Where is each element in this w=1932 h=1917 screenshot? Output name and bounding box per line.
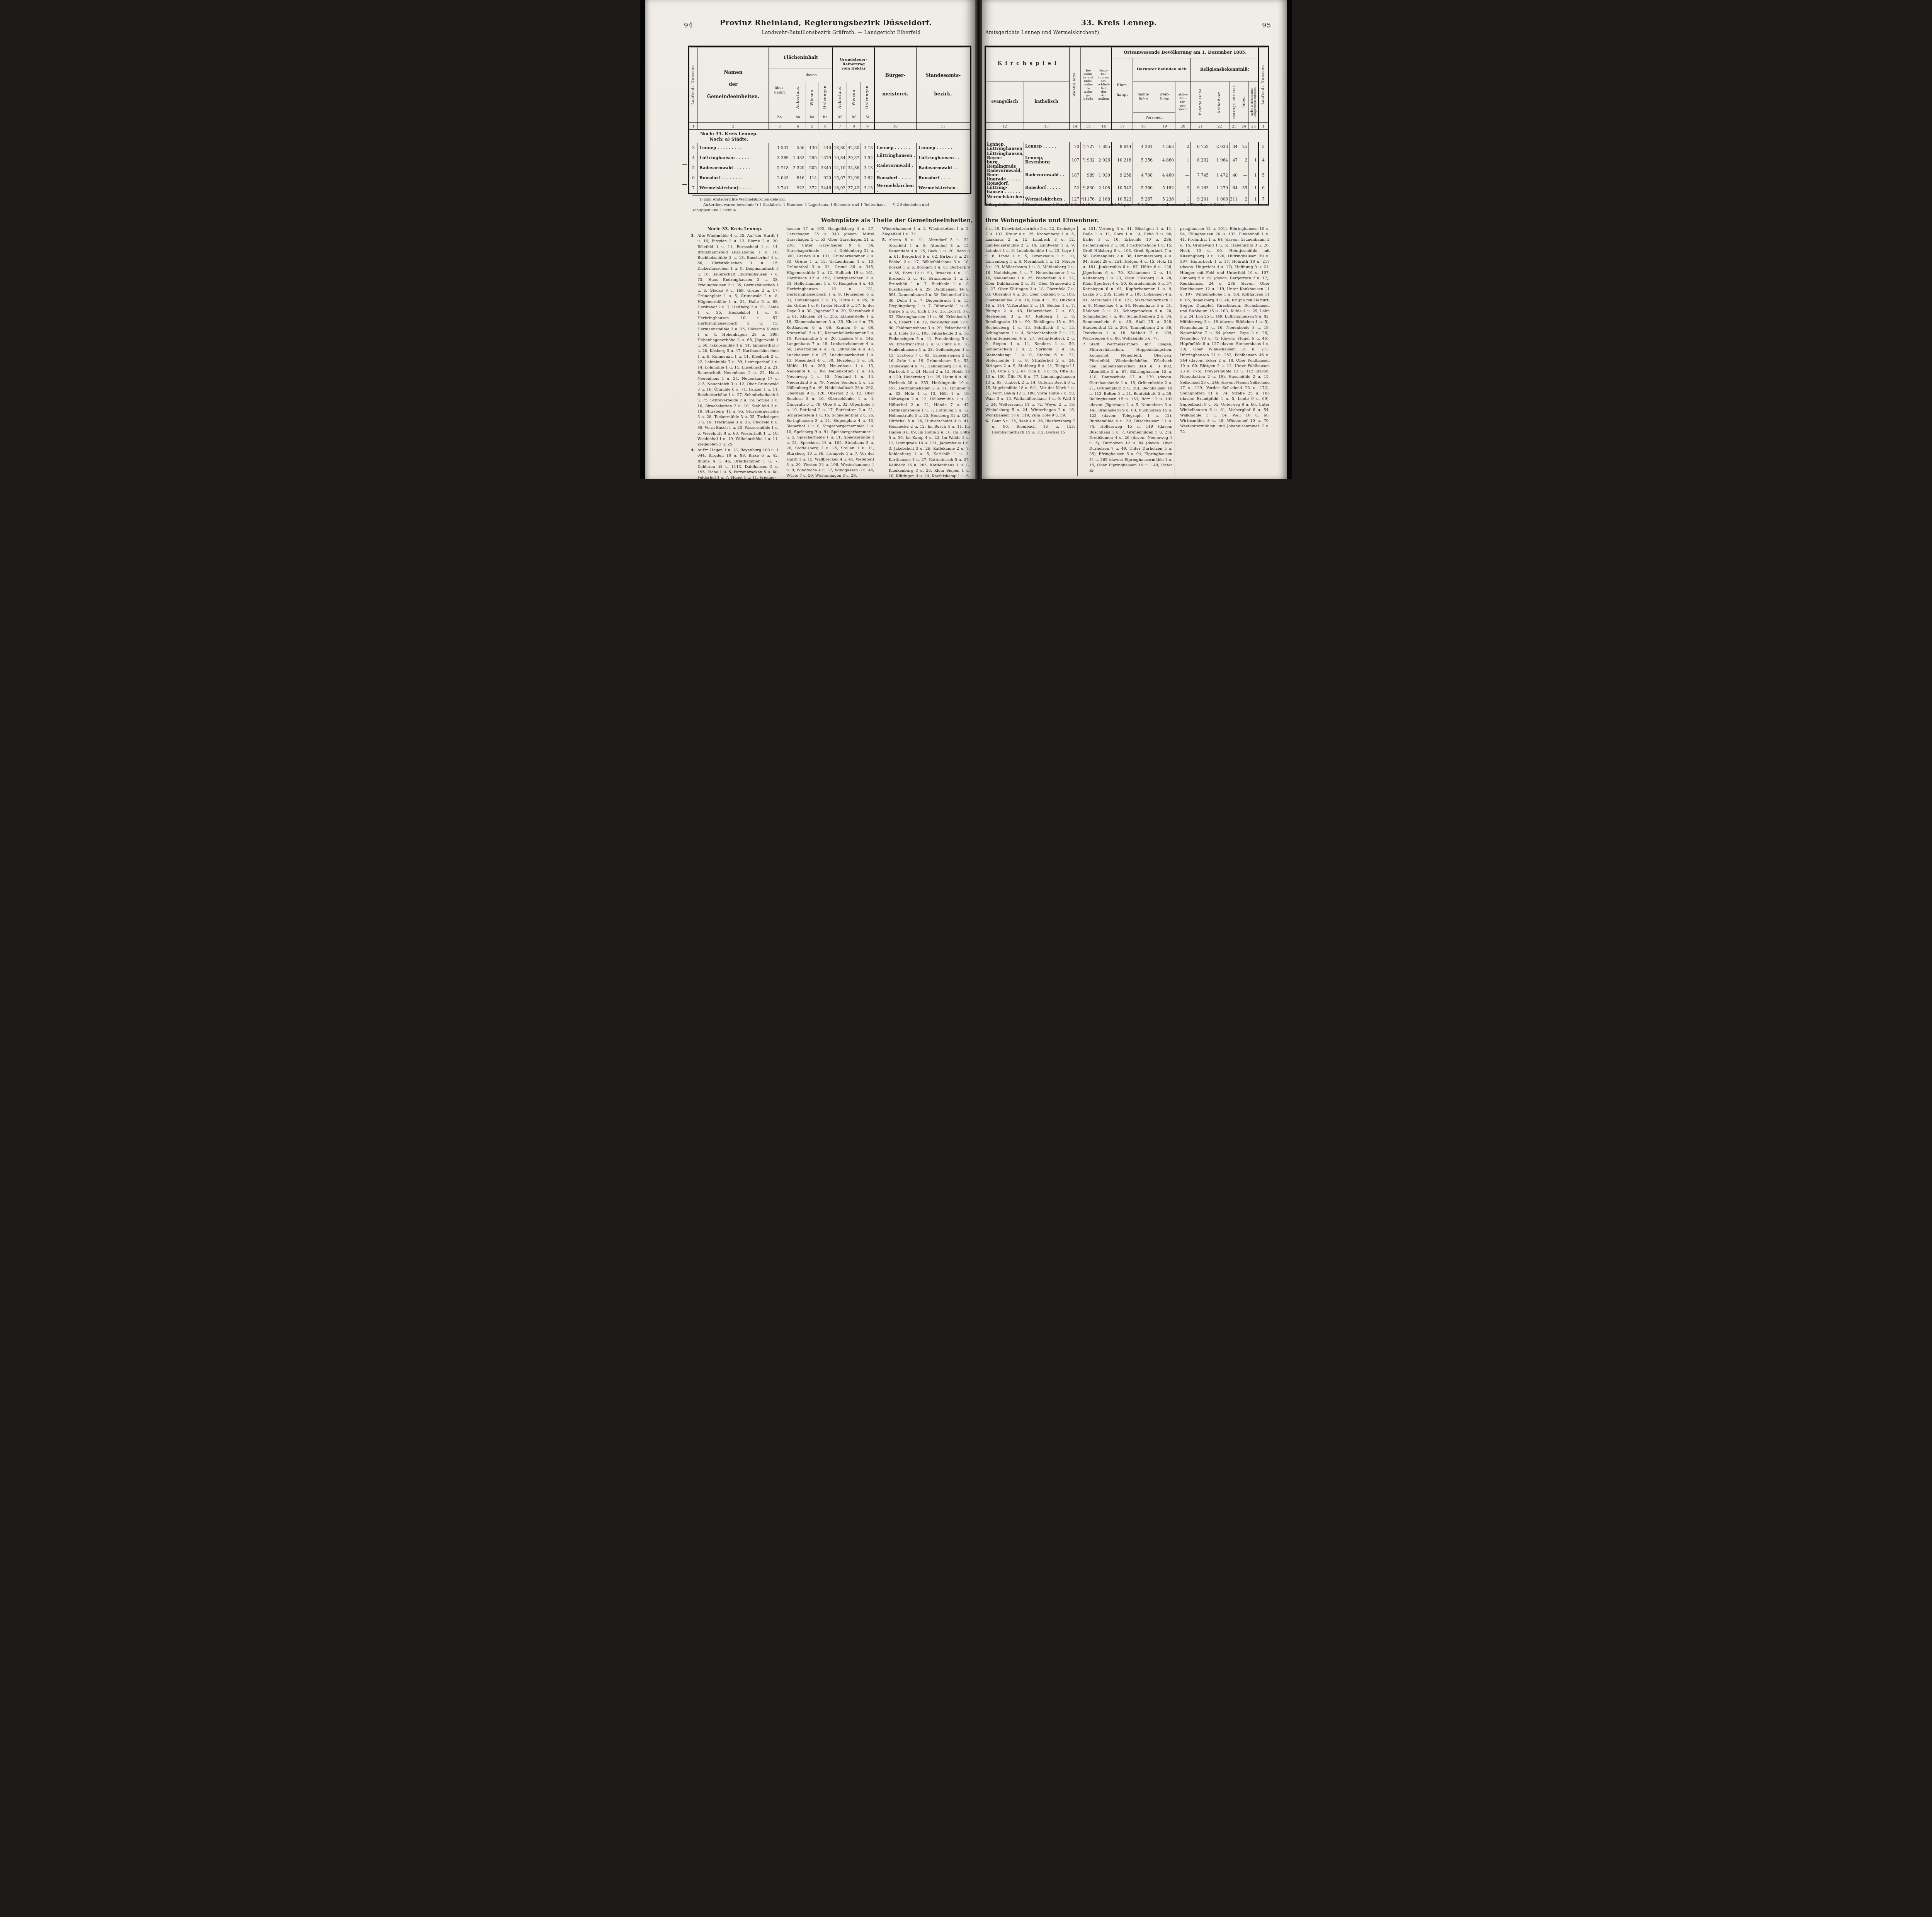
col-buergermeisterei: Bürger- meisterei. xyxy=(874,47,916,122)
cell: 923 xyxy=(790,183,806,193)
cell: 2 xyxy=(1239,152,1248,169)
katholiken-label: Katholiken xyxy=(1218,91,1222,113)
entry-number: 7. xyxy=(1083,342,1087,347)
gazetteer-entry: 7.Stadt Wermelskirchen mit Eisgen, Führe… xyxy=(1083,342,1172,474)
entry-text: Altena 8 u. 41, Altendorf 5 u. 32, Alten… xyxy=(889,238,970,479)
ackerland-label-2: Ackerland xyxy=(838,86,842,109)
col-wiesen-m: Wiesen xyxy=(847,82,861,112)
cell-ln: 3 xyxy=(689,143,697,153)
cell: 2345 xyxy=(818,163,832,173)
cell: 10 216 xyxy=(1111,152,1133,169)
cell: 3 741 xyxy=(769,183,790,193)
cell-name: Radevormwald . . . . . . xyxy=(697,163,769,173)
col-wohngebaeude: Be- wohn- te und unbe- wohn- te Wohn- ge… xyxy=(1080,47,1096,122)
section-heading-left: Wohnplätze als Theile der Gemeindeeinhei… xyxy=(645,217,975,224)
colno: 1 xyxy=(1258,123,1268,129)
cell: 505 xyxy=(806,163,818,173)
gazetteer-entry: hausen 17 u. 193, Gangolfsberg 4 u. 27, … xyxy=(786,226,874,479)
cell: — xyxy=(1175,169,1190,182)
entry-text: Auf'm Hagen 1 u. 18, Beyenburg 108 u. 1 … xyxy=(697,448,779,479)
cell: 52 xyxy=(1069,182,1080,194)
table-row: 7 Wermelskirchen† . . . . . 3 741 923 37… xyxy=(689,183,970,193)
colno: 25 xyxy=(1248,123,1258,129)
gazetteer-entry: pringhausen 12 u. 101), Elbringhausen 10… xyxy=(1180,226,1270,435)
colno: 18 xyxy=(1133,123,1154,129)
cell: 4 281 xyxy=(1133,142,1154,152)
col-maennliche: männ- liche xyxy=(1133,82,1154,112)
cell: Ronsdorf, Lüttring- hausen . . . . . . xyxy=(986,182,1024,194)
evangelische-label: Evangelische xyxy=(1199,88,1203,115)
footnote-left-2: schuppen und 1 Schule. xyxy=(692,208,808,213)
cell: 16,84 xyxy=(832,153,847,163)
cell: 42,30 xyxy=(847,143,861,153)
cell: 7 745 xyxy=(1190,169,1210,182)
unit-ha-1: ha xyxy=(769,112,790,122)
cell: 1 xyxy=(1248,169,1258,182)
statistics-table-right: K i r c h s p i e l evangelisch katholis… xyxy=(985,46,1269,206)
entry-text: hausen 17 u. 193, Gangolfsberg 4 u. 27, … xyxy=(786,227,874,478)
cell: 5 356 xyxy=(1133,152,1154,169)
laufende-nummer-label-2: Laufende Nummer. xyxy=(1261,65,1265,105)
column-numbers-left: 1 2 3 4 5 6 7 8 9 10 11 xyxy=(689,123,970,130)
wiesen-label-2: Wiesen xyxy=(852,90,856,105)
cell: 25 xyxy=(1239,142,1248,152)
cell-ln: 5 xyxy=(689,163,697,173)
cell: 3 389 xyxy=(769,153,790,163)
cell: 1 964 xyxy=(1210,152,1229,169)
cell: 556 xyxy=(790,143,806,153)
table-header-left: Laufende Nummer. Namen der Gemeindeeinhe… xyxy=(689,47,970,123)
col-sonstige-christen: sonstige Christen xyxy=(1229,82,1239,122)
cell: 816 xyxy=(790,173,806,183)
table-row: Lüttringhausen, Beyen- burg, Remlingrade… xyxy=(986,152,1268,169)
cell-ln: 6 xyxy=(1258,182,1268,194)
col-standesamtsbezirk: Standesamts- bezirk. xyxy=(916,47,969,122)
cell: 29,37 xyxy=(847,153,861,163)
text-columns-left: Noch: 33. Kreis Lennep. 3.Alte Windmühle… xyxy=(691,226,970,476)
col-laufende-nummer-2: Laufende Nummer. xyxy=(1258,47,1268,122)
footnote-dagger: †) zum Amtsgerichte Wermelskirchen gehör… xyxy=(699,197,970,202)
cell-name: Lüttringhausen . . . . . xyxy=(697,153,769,163)
cell: 47 xyxy=(1229,152,1239,169)
cell: ¹) 727 xyxy=(1080,142,1096,152)
cell-ln: 4 xyxy=(689,153,697,163)
wohnplaetze-label: Wohnplätze xyxy=(1073,72,1077,97)
book-gutter xyxy=(975,0,982,479)
table-row: Lennep, Lüttringhausen Lennep . . . . . … xyxy=(986,142,1268,152)
cell: 3,13 xyxy=(861,143,874,153)
book-edge-right xyxy=(1287,0,1292,479)
colno: 12 xyxy=(986,123,1024,129)
text-column-4: 3 u. 28, Kräwinkelerbrücke 5 u. 22, Kreb… xyxy=(985,226,1078,476)
cell: 5 360 xyxy=(1133,182,1154,194)
cell: 14,10 xyxy=(832,163,847,173)
colno: 22 xyxy=(1210,123,1229,129)
text-column-6: pringhausen 12 u. 101), Elbringhausen 10… xyxy=(1180,226,1270,476)
colno: 19 xyxy=(1154,123,1175,129)
cell: 1 xyxy=(1248,152,1258,169)
cell-name: Wermelskirchen† . . . . . xyxy=(697,183,769,193)
cell: Wermelskirchen . xyxy=(916,183,969,193)
colno: 15 xyxy=(1080,123,1096,129)
entry-text: Stadt Wermelskirchen mit Eisgen, Führers… xyxy=(1089,342,1172,473)
cell: 4 860 xyxy=(1154,152,1175,169)
entry-text: pringhausen 12 u. 101), Elbringhausen 10… xyxy=(1180,227,1270,434)
colno: 16 xyxy=(1096,123,1111,129)
cell: 295 xyxy=(806,153,818,163)
cell: Wermelskirchen . xyxy=(874,183,916,193)
gazetteer-entry: 4.Auf'm Hagen 1 u. 18, Beyenburg 108 u. … xyxy=(691,448,779,479)
entry-number: 3. xyxy=(691,233,695,239)
col-weibliche: weib- liche xyxy=(1154,82,1175,112)
cell: 1 279 xyxy=(1210,182,1229,194)
col-laufende-nummer: Laufende Nummer. xyxy=(689,47,697,122)
cell: 8 202 xyxy=(1190,152,1210,169)
cell: 4 460 xyxy=(1154,169,1175,182)
cell: 2 026 xyxy=(1096,152,1111,169)
cell: 5 182 xyxy=(1154,182,1175,194)
cell: Lennep, Lüttringhausen xyxy=(986,142,1024,152)
page-subtitle-right: Amtsgerichte Lennep und Wermelskirchen†)… xyxy=(985,29,1101,35)
col-wiesen-ha: Wiesen xyxy=(806,82,818,112)
cell: Ronsdorf . . . . . xyxy=(1024,182,1069,194)
page-title-left: Provinz Rheinland, Regierungsbezirk Düss… xyxy=(661,19,991,27)
col-haushaltungen: Haus- hal- tungen ein- schließ- lich der… xyxy=(1096,47,1111,122)
cell-name: Ronsdorf . . . . . . . . xyxy=(697,173,769,183)
col-holzungen-m: Holzungen xyxy=(861,82,874,112)
cell: 4 798 xyxy=(1133,169,1154,182)
gazetteer-entry: 6.Baur 5 u. 75, Beek 4 u. 36, Blasfertsb… xyxy=(985,419,1075,435)
cell: 1 472 xyxy=(1210,169,1229,182)
cell: Lennep . . . . . xyxy=(1024,142,1069,152)
group-kirchspiel: K i r c h s p i e l xyxy=(986,47,1069,82)
section-heading-right: ihre Wohngebäude und Einwohner. xyxy=(985,217,1099,224)
table-row: 3 Lennep . . . . . . . . . 1 531 556 130… xyxy=(689,143,970,153)
cell: 9 258 xyxy=(1111,169,1133,182)
cell: Ronsdorf . . . . xyxy=(916,173,969,183)
cell: 1 xyxy=(1248,182,1258,194)
statistics-table-left: Laufende Nummer. Namen der Gemeindeeinhe… xyxy=(688,46,971,194)
col-evangelisch: evangelisch xyxy=(986,82,1024,122)
group-note: Noch: 33. Kreis Lennep. Noch: a) Städte. xyxy=(689,130,769,143)
group-flaecheninhalt: Flächeninhalt xyxy=(769,47,832,68)
christen-label: sonstige Christen xyxy=(1232,85,1236,119)
cell: 3,13 xyxy=(861,163,874,173)
gazetteer-entry: u. 151, Verberg 5 u. 41, Büschgen 1 u. 1… xyxy=(1083,226,1172,342)
cell: 3,52 xyxy=(861,153,874,163)
cell: 1 885 xyxy=(1096,142,1111,152)
entry-text: u. 151, Verberg 5 u. 41, Büschgen 1 u. 1… xyxy=(1083,227,1172,341)
text-column-1: Noch: 33. Kreis Lennep. 3.Alte Windmühle… xyxy=(691,226,781,476)
colno: 7 xyxy=(832,123,847,129)
colno: 20 xyxy=(1175,123,1190,129)
cell: Radevormwald . . xyxy=(1024,169,1069,182)
cell: 107 xyxy=(1069,152,1080,169)
col-katholiken: Katholiken xyxy=(1210,82,1229,122)
pen-mark xyxy=(682,184,687,185)
col-ueberhaupt-2: über- haupt xyxy=(1111,58,1133,122)
entry-number: 6. xyxy=(985,419,989,424)
cell: Ronsdorf . . . . . xyxy=(874,173,916,183)
cell: 27,42 xyxy=(847,183,861,193)
entry-text: 3 u. 28, Kräwinkelerbrücke 5 u. 22, Kreb… xyxy=(985,227,1075,418)
cell: 64 xyxy=(1229,182,1239,194)
cell: 2 108 xyxy=(1096,182,1111,194)
cell-ln: 3 xyxy=(1258,142,1268,152)
col-andere: ander. u. unbestimmt. Religionsbekenntni… xyxy=(1248,82,1258,122)
colno: 10 xyxy=(874,123,916,129)
text-column-5: u. 151, Verberg 5 u. 41, Büschgen 1 u. 1… xyxy=(1083,226,1175,476)
cell: 1379 xyxy=(818,153,832,163)
col-ueberhaupt: über- haupt xyxy=(769,68,790,112)
col-ackerland-ha: Ackerland xyxy=(790,82,806,112)
unit-ha-2: ha xyxy=(790,112,806,122)
unit-m-3: M xyxy=(861,112,874,122)
table-row: Ronsdorf, Lüttring- hausen . . . . . . R… xyxy=(986,182,1268,194)
footnote-right: 1 Ziegelhütte. — ³) 2 Eisenhammer, 1 Fab… xyxy=(985,202,1267,208)
gazetteer-entry: 5.Altena 8 u. 41, Altendorf 5 u. 32, Alt… xyxy=(882,238,970,479)
cell: Lennep, Beyenburg xyxy=(1024,152,1069,169)
cell-ln: 7 xyxy=(689,183,697,193)
holzungen-label: Holzungen xyxy=(823,85,828,109)
text-column-3: Wüsterhammer 1 u. 2, Wüsterkotten 1 u. 2… xyxy=(882,226,970,476)
col-namen: Namen der Gemeindeeinheiten. xyxy=(697,47,769,122)
cell: 2 520 xyxy=(790,163,806,173)
personen-label: Personen xyxy=(1133,112,1175,122)
cell: 3,13 xyxy=(861,183,874,193)
text-column-2: hausen 17 u. 193, Gangolfsberg 4 u. 27, … xyxy=(786,226,877,476)
cell: Lennep . . . . . . xyxy=(916,143,969,153)
wiesen-label: Wiesen xyxy=(810,90,815,105)
page-title-right: 33. Kreis Lennep. xyxy=(967,19,1271,27)
cell: 70 xyxy=(1069,142,1080,152)
cell: 18,02 xyxy=(832,183,847,193)
gazetteer-entry: Wüsterhammer 1 u. 2, Wüsterkotten 1 u. 2… xyxy=(882,226,970,237)
cell: 187 xyxy=(1069,169,1080,182)
cell: 5 718 xyxy=(769,163,790,173)
table-row: Radevormwald, Rem- lingrade . . . . . Ra… xyxy=(986,169,1268,182)
column-numbers-right: 12 13 14 15 16 17 18 19 20 21 22 23 24 2… xyxy=(986,123,1268,130)
cell: Radevormwald, Rem- lingrade . . . . . xyxy=(986,169,1024,182)
cell: ³) 830 xyxy=(1080,182,1096,194)
entry-text: Alte Windmühle 4 u. 25, Auf der Hardt 1 … xyxy=(697,234,779,447)
unit-m-1: M xyxy=(832,112,847,122)
group-davon: davon xyxy=(790,68,832,82)
cell: 1 xyxy=(1175,152,1190,169)
row-spacer xyxy=(986,130,1268,142)
colno: 11 xyxy=(916,123,969,129)
unit-m-2: M xyxy=(847,112,861,122)
cell: 130 xyxy=(806,143,818,153)
laufende-nummer-label: Laufende Nummer. xyxy=(691,65,696,105)
juden-label: Juden xyxy=(1242,96,1246,108)
cell: 372 xyxy=(806,183,818,193)
cell: 4 563 xyxy=(1154,142,1175,152)
cell: 35 xyxy=(1239,182,1248,194)
book-edge-left xyxy=(640,0,645,479)
cell: — xyxy=(1248,142,1258,152)
cell: 32,90 xyxy=(847,173,861,183)
cell: 3,92 xyxy=(861,173,874,183)
col-militaer: aktive Mili- tär- per- sonen xyxy=(1175,82,1190,122)
col-katholisch: katholisch xyxy=(1024,82,1069,122)
column-continuation-header: Noch: 33. Kreis Lennep. xyxy=(691,226,779,232)
cell: 1 433 xyxy=(790,153,806,163)
cell: Lüttringhausen . . xyxy=(916,153,969,163)
footnote-left: Außerdem waren bewohnt: ¹) 1 Gasfabrik, … xyxy=(703,202,971,208)
table-row: 6 Ronsdorf . . . . . . . . 2 043 816 114… xyxy=(689,173,970,183)
cell: 34 xyxy=(1229,142,1239,152)
cell: 1 930 xyxy=(1096,169,1111,182)
cell: 34,86 xyxy=(847,163,861,173)
col-evangelische: Evangelische xyxy=(1190,82,1210,122)
colno: 17 xyxy=(1111,123,1133,129)
page-subtitle-left: Landwehr-Bataillonsbezirk Gräfrath. — La… xyxy=(645,29,975,35)
page-left: 94 Provinz Rheinland, Regierungsbezirk D… xyxy=(645,0,975,479)
footnote-separator xyxy=(692,195,738,196)
cell: 15,67 xyxy=(832,173,847,183)
colno: 4 xyxy=(790,123,806,129)
group-religion: Religionsbekenntniß: xyxy=(1190,58,1258,82)
colno: 23 xyxy=(1229,123,1239,129)
cell: ²) 932 xyxy=(1080,152,1096,169)
page-right: 33. Kreis Lennep. 95 Amtsgerichte Lennep… xyxy=(982,0,1287,479)
cell: Radevormwald . . xyxy=(874,163,916,173)
cell-name: Lennep . . . . . . . . . xyxy=(697,143,769,153)
colno: 14 xyxy=(1069,123,1080,129)
cell: 920 xyxy=(818,173,832,183)
cell-ln: 6 xyxy=(689,173,697,183)
cell: 440 xyxy=(818,143,832,153)
cell: 10 542 xyxy=(1111,182,1133,194)
book-scan: 94 Provinz Rheinland, Regierungsbezirk D… xyxy=(640,0,1292,479)
group-darunter: Darunter befinden sich xyxy=(1133,58,1190,82)
colno: 3 xyxy=(769,123,790,129)
colno: 8 xyxy=(847,123,861,129)
page-number-right: 95 xyxy=(1262,22,1271,29)
colno: 6 xyxy=(818,123,832,129)
table-row: 4 Lüttringhausen . . . . . 3 389 1 433 2… xyxy=(689,153,970,163)
ackerland-label: Ackerland xyxy=(796,86,800,109)
col-juden: Juden xyxy=(1239,82,1248,122)
cell: 8 844 xyxy=(1111,142,1133,152)
cell: 9 163 xyxy=(1190,182,1210,194)
group-bevoelkerung: Ortsanwesende Bevölkerung am 1. Dezember… xyxy=(1111,47,1258,58)
cell: 2 043 xyxy=(769,173,790,183)
entry-number: 5. xyxy=(882,238,886,243)
cell-ln: 4 xyxy=(1258,152,1268,169)
colno: 13 xyxy=(1024,123,1069,129)
cell: Lüttringhausen . . xyxy=(874,153,916,163)
cell: 40 xyxy=(1229,169,1239,182)
table-header-right: K i r c h s p i e l evangelisch katholis… xyxy=(986,47,1268,123)
cell-ln: 5 xyxy=(1258,169,1268,182)
entry-number: 4. xyxy=(691,448,695,453)
col-ackerland-m: Ackerland xyxy=(832,82,847,112)
entry-text: Wüsterhammer 1 u. 2, Wüsterkotten 1 u. 2… xyxy=(882,227,970,236)
andere-label: ander. u. unbestimmt. Religionsbekenntni… xyxy=(1250,87,1257,117)
cell: 1 531 xyxy=(769,143,790,153)
cell: 6 752 xyxy=(1190,142,1210,152)
cell: 2 xyxy=(1175,142,1190,152)
cell: 18,80 xyxy=(832,143,847,153)
cell: 2 033 xyxy=(1210,142,1229,152)
entry-text: Baur 5 u. 75, Beek 4 u. 36, Blasfertsber… xyxy=(992,419,1075,434)
unit-ha-3: ha xyxy=(806,112,818,122)
text-columns-right: 3 u. 28, Kräwinkelerbrücke 5 u. 22, Kreb… xyxy=(985,226,1270,476)
unit-ha-4: ha xyxy=(818,112,832,122)
cell: — xyxy=(1239,169,1248,182)
colno: 1 xyxy=(689,123,697,129)
col-wohnplaetze: Wohnplätze xyxy=(1069,47,1080,122)
cell: Radevormwald . . xyxy=(916,163,969,173)
holzungen-label-2: Holzungen xyxy=(865,85,870,109)
cell: 2 xyxy=(1175,182,1190,194)
colno: 21 xyxy=(1190,123,1210,129)
colno: 9 xyxy=(861,123,874,129)
colno: 5 xyxy=(806,123,818,129)
colno: 2 xyxy=(697,123,769,129)
cell: Lennep . . . . . . xyxy=(874,143,916,153)
pen-mark xyxy=(682,164,687,165)
gazetteer-entry: 3 u. 28, Kräwinkelerbrücke 5 u. 22, Kreb… xyxy=(985,226,1075,418)
colno: 24 xyxy=(1239,123,1248,129)
gazetteer-entry: 3.Alte Windmühle 4 u. 25, Auf der Hardt … xyxy=(691,233,779,447)
table-row: 5 Radevormwald . . . . . . 5 718 2 520 5… xyxy=(689,163,970,173)
cell: 989 xyxy=(1080,169,1096,182)
group-grundsteuer: Grundsteuer- Reinertrag vom Hektar xyxy=(832,47,874,82)
cell: 114 xyxy=(806,173,818,183)
cell: 2446 xyxy=(818,183,832,193)
col-holzungen-ha: Holzungen xyxy=(818,82,832,112)
cell: Lüttringhausen, Beyen- burg, Remlingrade xyxy=(986,152,1024,169)
